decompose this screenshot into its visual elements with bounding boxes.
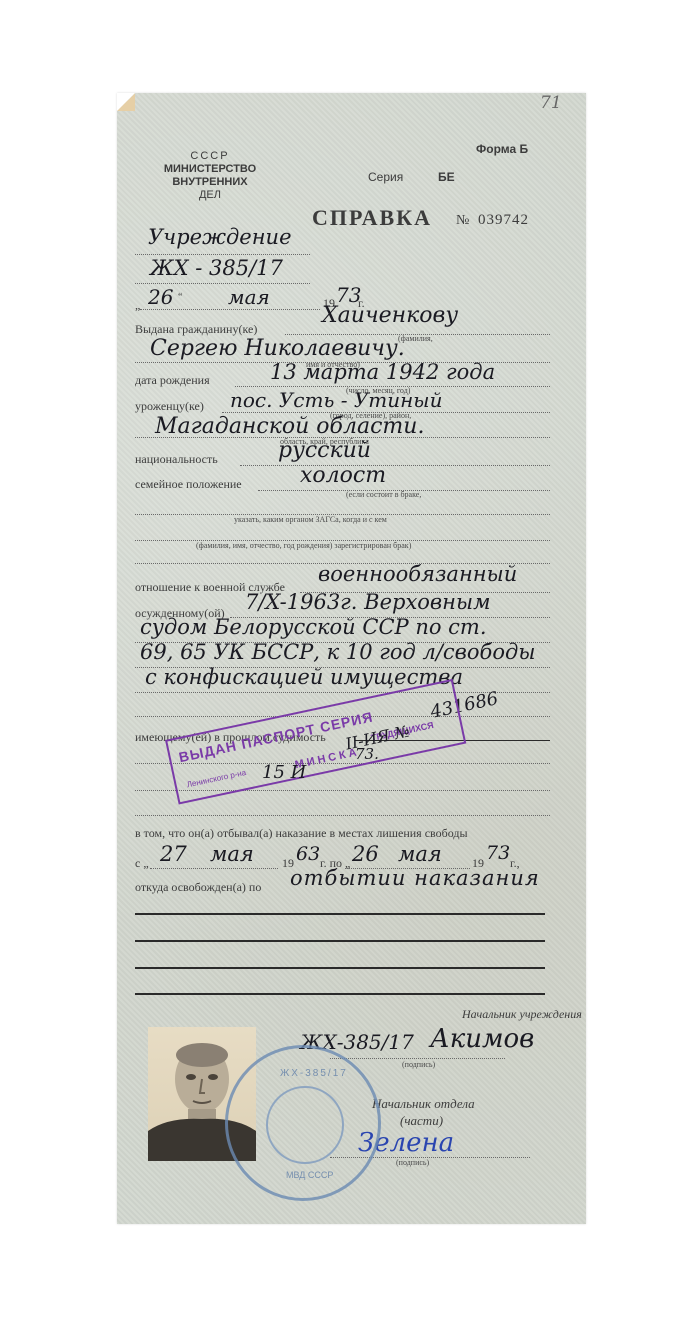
served-from-year: 63 (296, 843, 320, 865)
ministry-label-2: ВНУТРЕННИХ (140, 176, 280, 189)
struck-line (135, 967, 545, 969)
head-signature: Акимов (430, 1024, 534, 1054)
native-place: пос. Усть - Утиный (230, 388, 442, 412)
released-label: откуда освобожден(а) по (135, 880, 261, 895)
served-to-day: 26 (352, 842, 379, 866)
stamp-date-handwritten: 15 И (262, 762, 306, 783)
nationality: русский (278, 438, 371, 463)
date-month: мая (228, 285, 270, 309)
marital-status: холост (300, 463, 386, 488)
struck-line (135, 993, 545, 995)
seal-emblem (266, 1086, 344, 1164)
served-from-day: 27 (160, 842, 187, 866)
birth-date-label: дата рождения (135, 373, 210, 388)
folded-corner-cutout (117, 93, 135, 111)
served-from-prefix: с „ (135, 856, 149, 871)
head-institution-label: Начальник учреждения (462, 1007, 582, 1022)
conviction-line-3: 69, 65 УК БССР, к 10 год л/свободы (140, 640, 535, 664)
marital-caption-1: (если состоит в браке, (346, 490, 421, 499)
native-label: уроженцу(ке) (135, 399, 204, 414)
head-department-label: Начальник отдела (372, 1096, 475, 1112)
first-patronymic: Сергею Николаевичу. (150, 336, 405, 361)
ministry-header: СССР МИНИСТЕРСТВО ВНУТРЕННИХ ДЕЛ (140, 150, 280, 202)
served-from-month: мая (210, 842, 254, 866)
stamp-line-3: Ленинского р-на (186, 768, 247, 789)
seal-bottom-text: МВД СССР (286, 1170, 333, 1180)
struck-line (135, 940, 545, 942)
served-label: в том, что он(а) отбывал(а) наказание в … (135, 826, 468, 841)
nationality-label: национальность (135, 452, 218, 467)
date-open-quote: „ (135, 298, 140, 313)
military-status: военнообязанный (318, 562, 517, 586)
number-sign: № (456, 213, 469, 229)
page-title: СПРАВКА (312, 205, 432, 231)
marital-caption-3: (фамилия, имя, отчество, год рождения) з… (196, 541, 411, 550)
head-department-sub: (части) (400, 1113, 443, 1129)
signature-caption-2: (подпись) (396, 1158, 429, 1167)
series-value: БЕ (438, 170, 455, 184)
series-label: Серия (368, 170, 403, 184)
certificate-number: 039742 (478, 212, 529, 229)
marital-caption-2: указать, каким органом ЗАГСа, когда и с … (234, 515, 387, 524)
marital-label: семейное положение (135, 477, 242, 492)
released-reason: отбытии наказания (290, 866, 540, 890)
conviction-line-2: судом Белорусской ССР по ст. (140, 615, 487, 639)
struck-line (135, 913, 545, 915)
conviction-line-1: 7/X-1963г. Верховным (245, 590, 491, 614)
conviction-line-4: с конфискацией имущества (145, 665, 463, 689)
surname: Хаиченкову (322, 303, 458, 328)
stamp-year-handwritten: 73. (355, 745, 379, 763)
issued-to-label: Выдана гражданину(ке) (135, 322, 257, 337)
institution-line2: ЖХ - 385/17 (150, 256, 283, 280)
institution-line1: Учреждение (148, 225, 292, 249)
served-to-month: мая (398, 842, 442, 866)
form-label: Форма Б (476, 142, 528, 156)
seal-center-text: ЖХ-385/17 (280, 1068, 348, 1079)
ministry-label: МИНИСТЕРСТВО (140, 163, 280, 176)
signature-caption-1: (подпись) (402, 1060, 435, 1069)
corner-note: 71 (540, 93, 562, 113)
ministry-label-3: ДЕЛ (140, 189, 280, 202)
date-day: 26 (148, 285, 173, 309)
ussr-label: СССР (140, 150, 280, 163)
birth-date: 13 марта 1942 года (270, 360, 495, 384)
date-close-quote: “ (178, 292, 182, 303)
official-round-seal: ЖХ-385/17 МВД СССР (225, 1045, 381, 1201)
served-to-year: 73 (486, 842, 510, 864)
region: Магаданской области. (155, 414, 424, 439)
